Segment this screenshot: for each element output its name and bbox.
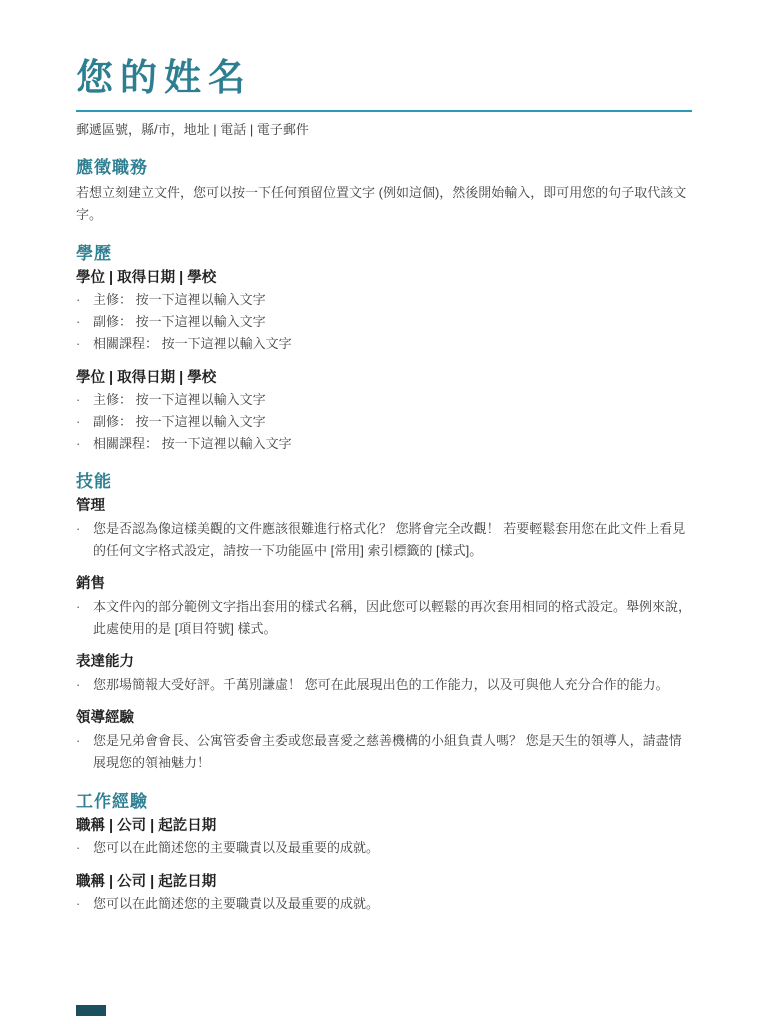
bullet-icon: · <box>76 596 93 640</box>
work-entry-title: 職稱 | 公司 | 起訖日期 <box>76 872 692 892</box>
education-entry: 學位 | 取得日期 | 學校·主修： 按一下這裡以輸入文字·副修： 按一下這裡以… <box>76 268 692 354</box>
education-bullet-list: ·主修： 按一下這裡以輸入文字·副修： 按一下這裡以輸入文字·相關課程： 按一下… <box>76 290 692 354</box>
bullet-text: 您可以在此簡述您的主要職責以及最重要的成就。 <box>93 838 692 858</box>
work-entry: 職稱 | 公司 | 起訖日期·您可以在此簡述您的主要職責以及最重要的成就。 <box>76 872 692 914</box>
bullet-text: 副修： 按一下這裡以輸入文字 <box>93 412 692 432</box>
contact-line: 郵遞區號，縣/市，地址 | 電話 | 電子郵件 <box>76 120 692 140</box>
bullet-item: ·您是兄弟會會長、公寓管委會主委或您最喜愛之慈善機構的小組負責人嗎？ 您是天生的… <box>76 730 692 774</box>
skill-bullet-list: ·您是兄弟會會長、公寓管委會主委或您最喜愛之慈善機構的小組負責人嗎？ 您是天生的… <box>76 730 692 774</box>
bullet-icon: · <box>76 730 93 774</box>
bullet-item: ·主修： 按一下這裡以輸入文字 <box>76 290 692 310</box>
objective-text: 若想立刻建立文件，您可以按一下任何預留位置文字 (例如這個)，然後開始輸入，即可… <box>76 182 692 226</box>
skill-item: 銷售·本文件內的部分範例文字指出套用的樣式名稱，因此您可以輕鬆的再次套用相同的格… <box>76 574 692 640</box>
bullet-text: 您那場簡報大受好評。千萬別謙虛！ 您可在此展現出色的工作能力，以及可與他人充分合… <box>93 674 692 696</box>
education-entry-title: 學位 | 取得日期 | 學校 <box>76 368 692 388</box>
skill-bullet-list: ·您是否認為像這樣美觀的文件應該很難進行格式化？ 您將會完全改觀！ 若要輕鬆套用… <box>76 518 692 562</box>
bullet-icon: · <box>76 390 93 410</box>
bullet-text: 相關課程： 按一下這裡以輸入文字 <box>93 334 692 354</box>
bullet-item: ·主修： 按一下這裡以輸入文字 <box>76 390 692 410</box>
bullet-item: ·您可以在此簡述您的主要職責以及最重要的成就。 <box>76 838 692 858</box>
bullet-icon: · <box>76 412 93 432</box>
footer-accent-bar <box>76 1005 106 1016</box>
skill-title: 領導經驗 <box>76 708 692 728</box>
bullet-icon: · <box>76 518 93 562</box>
bullet-item: ·您是否認為像這樣美觀的文件應該很難進行格式化？ 您將會完全改觀！ 若要輕鬆套用… <box>76 518 692 562</box>
bullet-text: 相關課程： 按一下這裡以輸入文字 <box>93 434 692 454</box>
bullet-icon: · <box>76 312 93 332</box>
bullet-text: 您是兄弟會會長、公寓管委會主委或您最喜愛之慈善機構的小組負責人嗎？ 您是天生的領… <box>93 730 692 774</box>
bullet-icon: · <box>76 894 93 914</box>
bullet-item: ·您可以在此簡述您的主要職責以及最重要的成就。 <box>76 894 692 914</box>
title-divider <box>76 110 692 112</box>
bullet-text: 您是否認為像這樣美觀的文件應該很難進行格式化？ 您將會完全改觀！ 若要輕鬆套用您… <box>93 518 692 562</box>
skill-title: 表達能力 <box>76 652 692 672</box>
bullet-icon: · <box>76 334 93 354</box>
section-heading-work: 工作經驗 <box>76 790 692 814</box>
skill-item: 領導經驗·您是兄弟會會長、公寓管委會主委或您最喜愛之慈善機構的小組負責人嗎？ 您… <box>76 708 692 774</box>
bullet-item: ·您那場簡報大受好評。千萬別謙虛！ 您可在此展現出色的工作能力，以及可與他人充分… <box>76 674 692 696</box>
education-entries: 學位 | 取得日期 | 學校·主修： 按一下這裡以輸入文字·副修： 按一下這裡以… <box>76 268 692 454</box>
skill-title: 管理 <box>76 496 692 516</box>
bullet-icon: · <box>76 290 93 310</box>
bullet-text: 副修： 按一下這裡以輸入文字 <box>93 312 692 332</box>
bullet-text: 本文件內的部分範例文字指出套用的樣式名稱，因此您可以輕鬆的再次套用相同的格式設定… <box>93 596 692 640</box>
education-entry: 學位 | 取得日期 | 學校·主修： 按一下這裡以輸入文字·副修： 按一下這裡以… <box>76 368 692 454</box>
skill-item: 管理·您是否認為像這樣美觀的文件應該很難進行格式化？ 您將會完全改觀！ 若要輕鬆… <box>76 496 692 562</box>
work-bullet-list: ·您可以在此簡述您的主要職責以及最重要的成就。 <box>76 894 692 914</box>
work-bullet-list: ·您可以在此簡述您的主要職責以及最重要的成就。 <box>76 838 692 858</box>
bullet-icon: · <box>76 434 93 454</box>
bullet-item: ·相關課程： 按一下這裡以輸入文字 <box>76 434 692 454</box>
bullet-item: ·副修： 按一下這裡以輸入文字 <box>76 312 692 332</box>
education-entry-title: 學位 | 取得日期 | 學校 <box>76 268 692 288</box>
bullet-item: ·副修： 按一下這裡以輸入文字 <box>76 412 692 432</box>
skill-item: 表達能力·您那場簡報大受好評。千萬別謙虛！ 您可在此展現出色的工作能力，以及可與… <box>76 652 692 696</box>
bullet-icon: · <box>76 674 93 696</box>
section-heading-skills: 技能 <box>76 470 692 494</box>
resume-page: 您的姓名 郵遞區號，縣/市，地址 | 電話 | 電子郵件 應徵職務 若想立刻建立… <box>0 0 768 1024</box>
bullet-text: 主修： 按一下這裡以輸入文字 <box>93 290 692 310</box>
work-entry: 職稱 | 公司 | 起訖日期·您可以在此簡述您的主要職責以及最重要的成就。 <box>76 816 692 858</box>
work-entry-title: 職稱 | 公司 | 起訖日期 <box>76 816 692 836</box>
skill-bullet-list: ·本文件內的部分範例文字指出套用的樣式名稱，因此您可以輕鬆的再次套用相同的格式設… <box>76 596 692 640</box>
bullet-item: ·本文件內的部分範例文字指出套用的樣式名稱，因此您可以輕鬆的再次套用相同的格式設… <box>76 596 692 640</box>
skills-items: 管理·您是否認為像這樣美觀的文件應該很難進行格式化？ 您將會完全改觀！ 若要輕鬆… <box>76 496 692 774</box>
section-heading-objective: 應徵職務 <box>76 156 692 180</box>
skill-title: 銷售 <box>76 574 692 594</box>
bullet-text: 您可以在此簡述您的主要職責以及最重要的成就。 <box>93 894 692 914</box>
work-entries: 職稱 | 公司 | 起訖日期·您可以在此簡述您的主要職責以及最重要的成就。職稱 … <box>76 816 692 914</box>
page-title: 您的姓名 <box>76 56 692 100</box>
section-heading-education: 學歷 <box>76 242 692 266</box>
bullet-icon: · <box>76 838 93 858</box>
bullet-text: 主修： 按一下這裡以輸入文字 <box>93 390 692 410</box>
education-bullet-list: ·主修： 按一下這裡以輸入文字·副修： 按一下這裡以輸入文字·相關課程： 按一下… <box>76 390 692 454</box>
skill-bullet-list: ·您那場簡報大受好評。千萬別謙虛！ 您可在此展現出色的工作能力，以及可與他人充分… <box>76 674 692 696</box>
bullet-item: ·相關課程： 按一下這裡以輸入文字 <box>76 334 692 354</box>
